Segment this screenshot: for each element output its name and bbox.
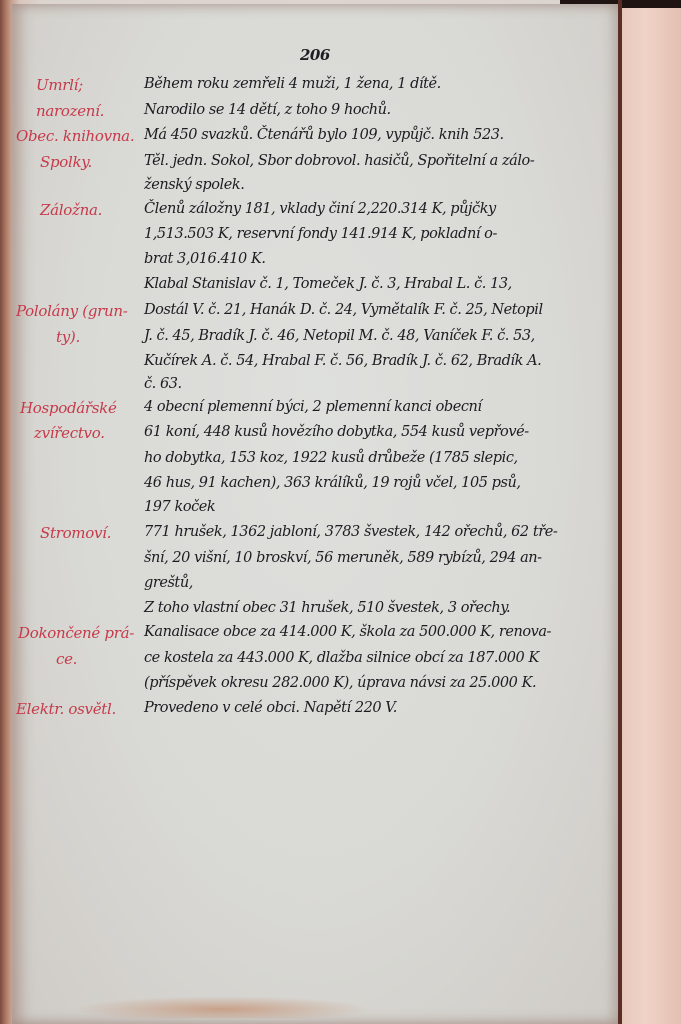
label-dokoncene-prace: Dokončené prá- [18,624,134,642]
text-line: ženský spolek. [144,177,244,193]
label-spolky: Spolky. [40,153,92,171]
text-line: 771 hrušek, 1362 jabloní, 3783 švestek, … [144,524,557,540]
text-line: greštů, [144,575,193,591]
text-line: brat 3,016.410 K. [144,251,266,267]
text-line: Kanalisace obce za 414.000 K, škola za 5… [144,624,551,640]
text-line: Členů záložny 181, vklady činí 2,220.314… [144,201,496,217]
text-line: 46 hus, 91 kachen), 363 králíků, 19 rojů… [144,475,521,491]
text-line: J. č. 45, Bradík J. č. 46, Netopil M. č.… [144,328,535,344]
text-line: ho dobytka, 153 koz, 1922 kusů drůbeže (… [144,450,518,466]
label-dokoncene-prace-cont: ce. [56,650,77,668]
text-line: Dostál V. č. 21, Hanák D. č. 24, Vymětal… [144,302,543,318]
text-line: (příspěvek okresu 282.000 K), úprava náv… [144,675,536,691]
page-number: 206 [300,46,330,64]
label-hospodarske: Hospodářské [20,399,117,417]
text-line: Provedeno v celé obci. Napětí 220 V. [144,700,397,716]
right-page-edge [622,8,681,1024]
label-zalozna: Záložna. [40,201,102,219]
open-book: 206 Umrlí; narození. Během roku zemřeli … [0,0,681,1024]
text-line: Kučírek A. č. 54, Hrabal F. č. 56, Bradí… [144,353,541,369]
water-stain [72,996,372,1018]
label-umrli: Umrlí; [36,76,83,94]
text-line: Narodilo se 14 dětí, z toho 9 hochů. [144,102,391,118]
label-knihovna: Obec. knihovna. [16,127,134,145]
text-line: Klabal Stanislav č. 1, Tomeček J. č. 3, … [144,276,512,292]
text-line: Během roku zemřeli 4 muži, 1 žena, 1 dít… [144,76,441,92]
label-elektr-osvetleni: Elektr. osvětl. [16,700,116,718]
label-stromovi: Stromoví. [40,524,111,542]
text-line: 4 obecní plemenní býci, 2 plemenní kanci… [144,399,482,415]
label-pololany-cont: ty). [56,328,80,346]
text-line: č. 63. [144,376,182,392]
text-line: Těl. jedn. Sokol, Sbor dobrovol. hasičů,… [144,153,534,169]
label-pololany: Pololány (grun- [16,302,128,320]
text-line: 1,513.503 K, reservní fondy 141.914 K, p… [144,226,497,242]
text-line: šní, 20 višní, 10 broskví, 56 meruněk, 5… [144,550,542,566]
text-line: Z toho vlastní obec 31 hrušek, 510 švest… [144,600,510,616]
text-line: Má 450 svazků. Čtenářů bylo 109, vypůjč.… [144,127,504,143]
label-zvirectvo: zvířectvo. [34,424,105,442]
text-line: 197 koček [144,499,215,515]
text-line: ce kostela za 443.000 K, dlažba silnice … [144,650,539,666]
text-line: 61 koní, 448 kusů hovězího dobytka, 554 … [144,424,529,440]
label-narozeni: narození. [36,102,104,120]
